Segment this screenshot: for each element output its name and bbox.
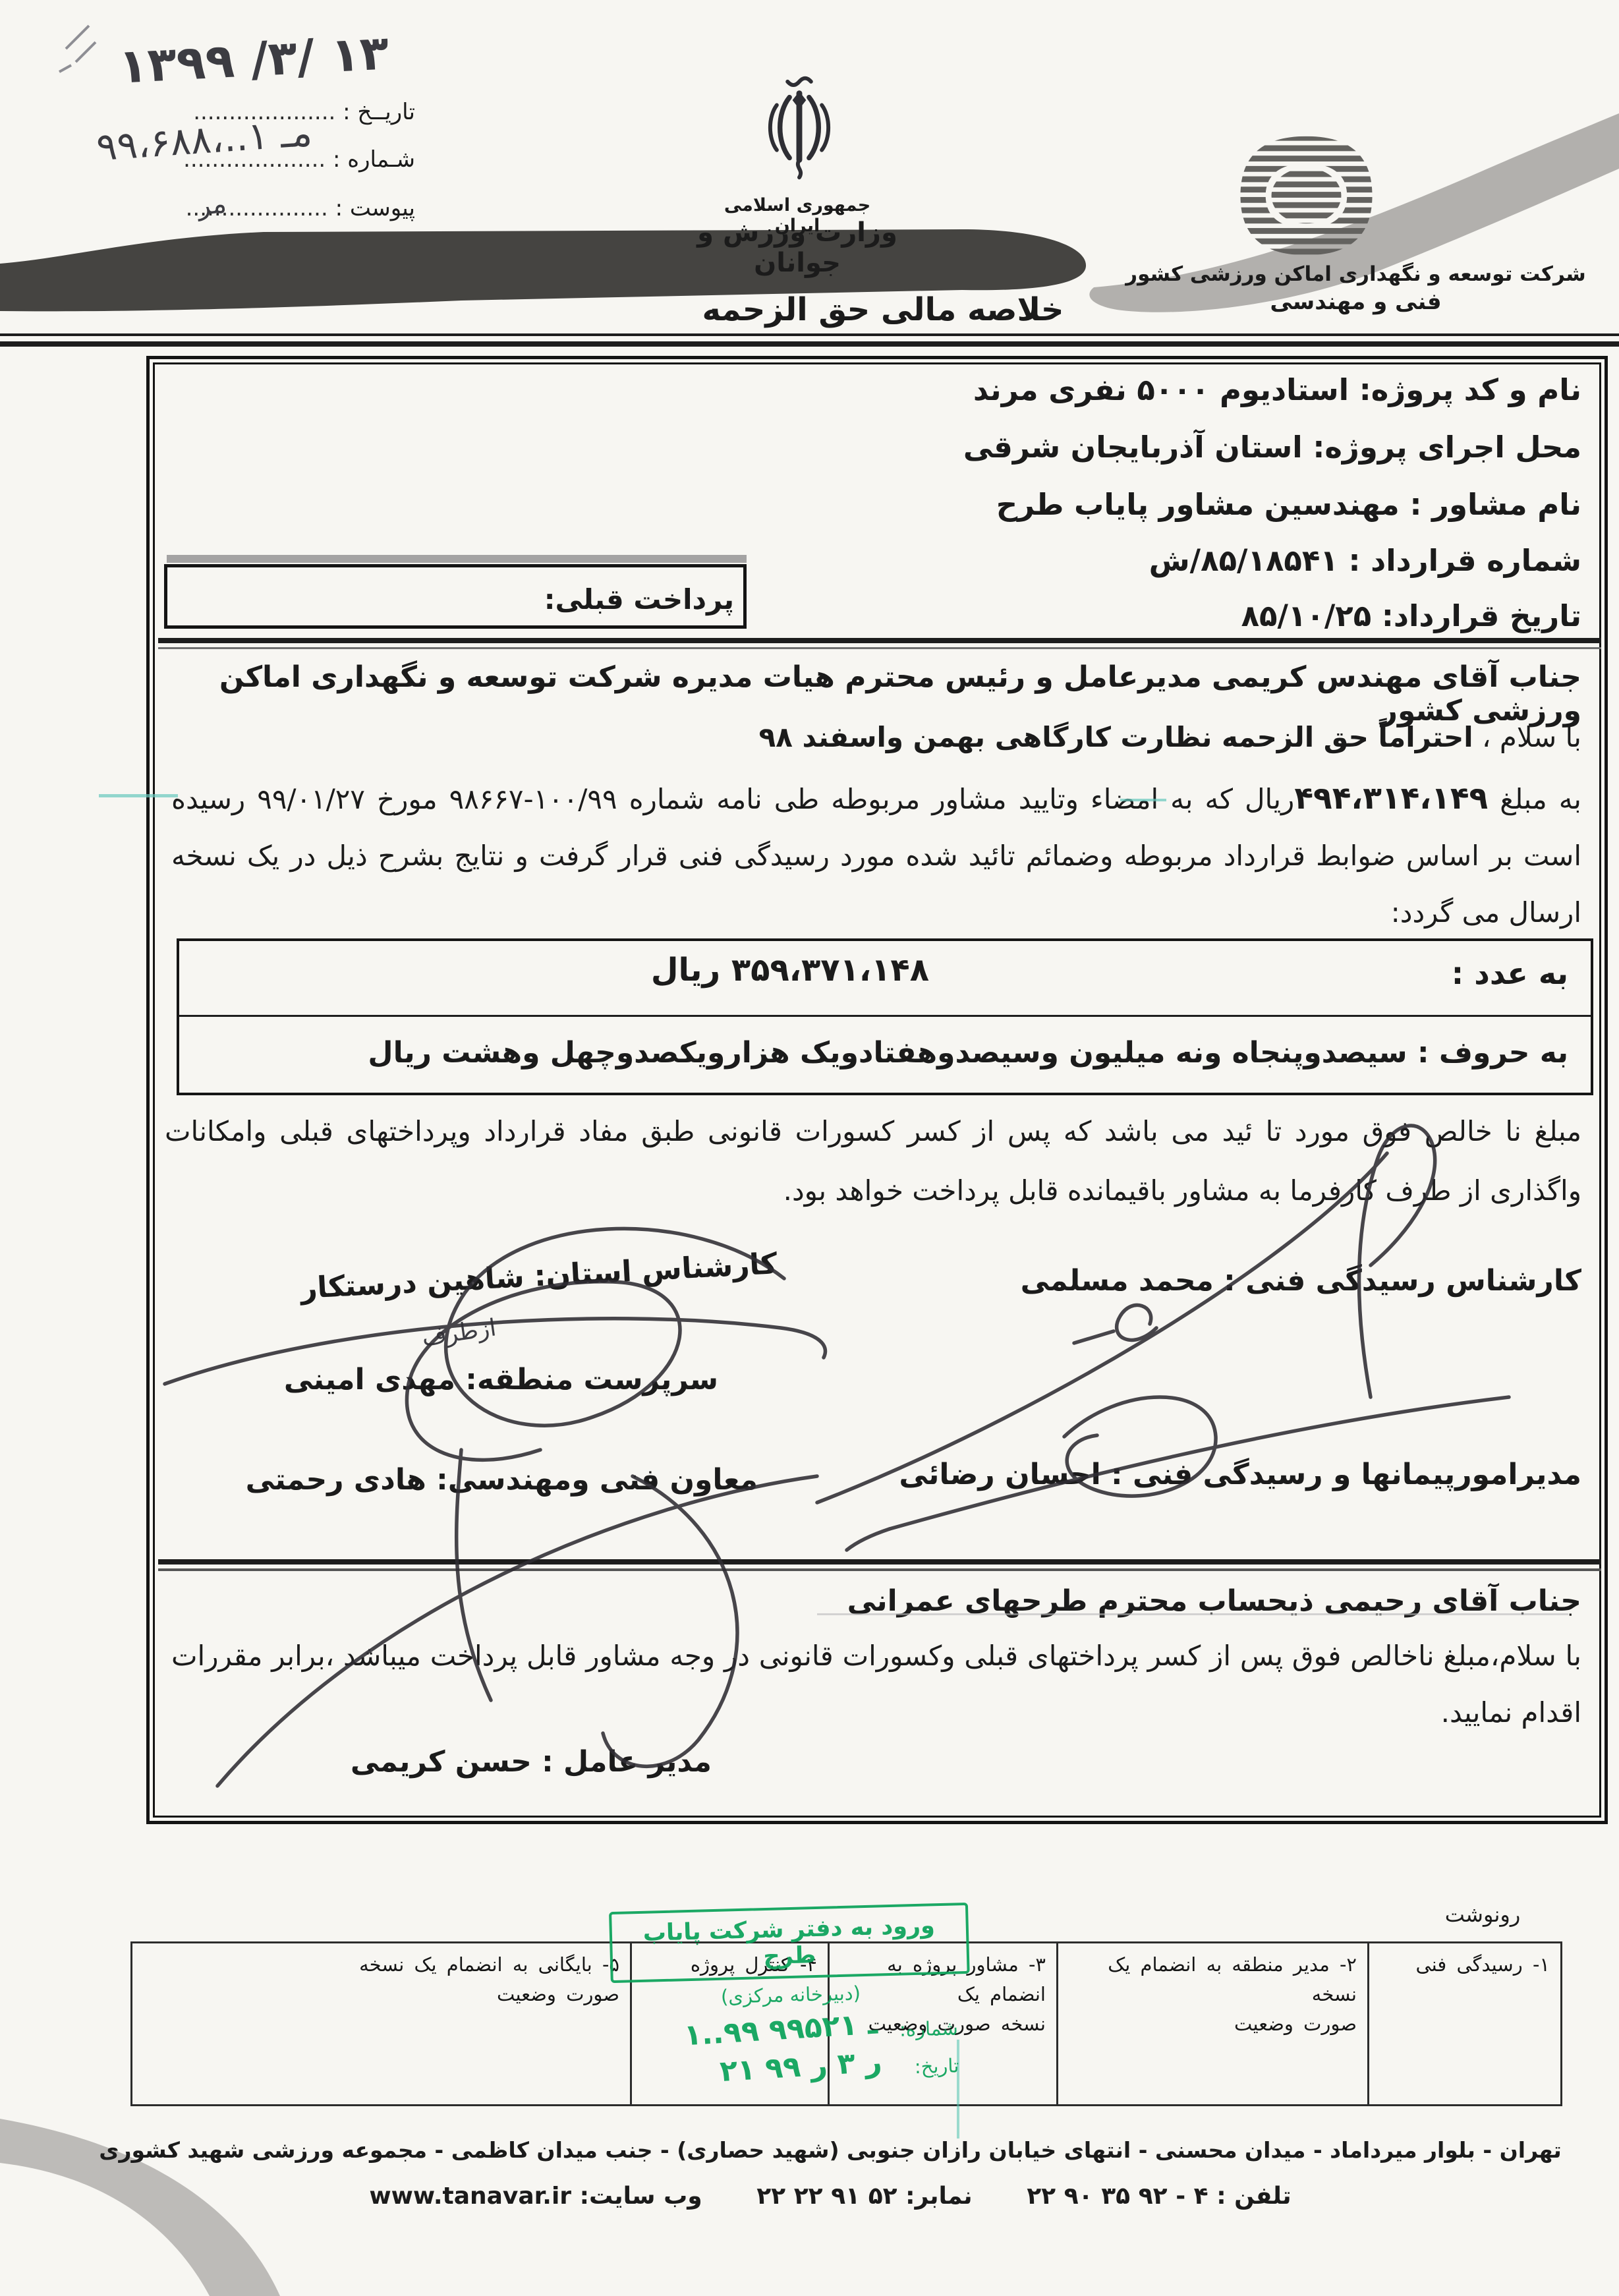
gross-amount-value: ۴۹۴،۳۱۴،۱۴۹ bbox=[1294, 780, 1488, 817]
net-amount-words-line: به حروف : سیصدوپنجاه ونه میلیون وسیصدوهف… bbox=[198, 1036, 1568, 1070]
letter-subject-line: با سلام ، احتراماً حق الزحمه نظارت کارگا… bbox=[171, 721, 1581, 753]
letter-body-line3: ارسال می گردد: bbox=[171, 896, 1581, 929]
pencil-marks bbox=[40, 9, 185, 82]
entry-stamp-number-label: شماره: bbox=[899, 2017, 959, 2040]
consultant-name: نام مشاور : مهندسین مشاور پایاب طرح bbox=[461, 487, 1581, 522]
distribution-cell-1: ۱- رسیدگی فنی bbox=[1369, 1943, 1562, 2106]
previous-payment-box: پرداخت قبلی: bbox=[164, 564, 747, 629]
signature-strokes bbox=[0, 1107, 1619, 1832]
net-amount-numeric-value: ۳۵۹،۳۷۱،۱۴۸ ریال bbox=[402, 952, 929, 989]
entry-stamp-date-value: ۲۱ ر ۳ ر ۹۹ bbox=[719, 2045, 883, 2088]
scanned-letter-page: ۱۳۹۹ /۳/ ۱۳ تاریــخ : ..................… bbox=[0, 0, 1619, 2296]
net-amount-words-label: به حروف : bbox=[1407, 1036, 1568, 1070]
section-rule-1a bbox=[158, 638, 1601, 643]
letter-addressee: جناب آقای مهندس کریمی مدیرعامل و رئیس مح… bbox=[171, 660, 1581, 728]
subject: احتراماً حق الزحمه نظارت کارگاهی بهمن وا… bbox=[759, 721, 1473, 753]
ministry-name: وزارت ورزش و جوانان bbox=[672, 217, 923, 278]
letter-amount-line: به مبلغ ۴۹۴،۳۱۴،۱۴۹ریال که به امضاء وتای… bbox=[171, 780, 1581, 817]
section-rule-1b bbox=[158, 647, 1601, 649]
net-amount-numeric-label: به عدد : bbox=[988, 956, 1568, 991]
footer-contact: تلفن : ۴ - ۹۲ ۳۵ ۹۰ ۲۲ نمابر: ۵۲ ۹۱ ۲۲ ۲… bbox=[79, 2183, 1581, 2210]
entry-stamp-date-label: تاریخ: bbox=[914, 2054, 959, 2078]
entry-stamp: ورود به دفتر شرکت پایاب طرح (دبیرخانه مر… bbox=[609, 1903, 973, 2116]
entry-stamp-titlebox: ورود به دفتر شرکت پایاب طرح bbox=[609, 1903, 970, 1983]
net-amount-divider bbox=[179, 1015, 1591, 1017]
previous-payment-shadow bbox=[167, 555, 747, 563]
company-name: شرکت توسعه و نگهداری اماکن ورزشی کشور bbox=[1094, 262, 1618, 286]
scan-artifact-teal-1 bbox=[99, 794, 178, 797]
page-title: خلاصه مالی حق الزحمه bbox=[672, 291, 1094, 328]
scan-artifact-teal-2 bbox=[1120, 799, 1166, 801]
footer-fax: نمابر: ۵۲ ۹۱ ۲۲ ۲۲ bbox=[756, 2183, 972, 2210]
distribution-cell-5: ۵- بایگانی به انضمام یک نسخه صورت وضعیت bbox=[132, 1943, 631, 2106]
company-division: فنی و مهندسی bbox=[1094, 289, 1618, 315]
project-name: نام و کد پروژه: استادیوم ۵۰۰۰ نفری مرند bbox=[461, 372, 1581, 407]
distribution-cell-2: ۲- مدیر منطقه به انضمام یک نسخه صورت وضع… bbox=[1058, 1943, 1369, 2106]
net-amount-words-value: سیصدوپنجاه ونه میلیون وسیصدوهفتادویک هزا… bbox=[368, 1036, 1407, 1070]
letter-body-line2: است بر اساس ضوابط قرارداد مربوطه وضمائم … bbox=[171, 840, 1581, 872]
footer-website: وب سایت: www.tanavar.ir bbox=[369, 2183, 702, 2210]
footer-address: تهران - بلوار میرداماد - میدان محسنی - ا… bbox=[79, 2137, 1581, 2163]
greeting: با سلام ، bbox=[1473, 721, 1581, 753]
iran-emblem-icon bbox=[750, 74, 849, 191]
distribution-label: رونوشت bbox=[1397, 1902, 1568, 1927]
company-logo-icon bbox=[1222, 130, 1390, 261]
previous-payment-label: پرداخت قبلی: bbox=[167, 567, 743, 616]
footer-phone: تلفن : ۴ - ۹۲ ۳۵ ۹۰ ۲۲ bbox=[1027, 2183, 1291, 2210]
project-location: محل اجرای پروژه: استان آذربایجان شرقی bbox=[461, 430, 1581, 465]
amount-prefix: به مبلغ bbox=[1488, 783, 1581, 815]
entry-stamp-number-value: ۱..۹۹ ـ ۹۹۵۲۱ bbox=[683, 2007, 878, 2052]
entry-stamp-subtitle: (دبیرخانه مرکزی) bbox=[611, 1979, 971, 2011]
